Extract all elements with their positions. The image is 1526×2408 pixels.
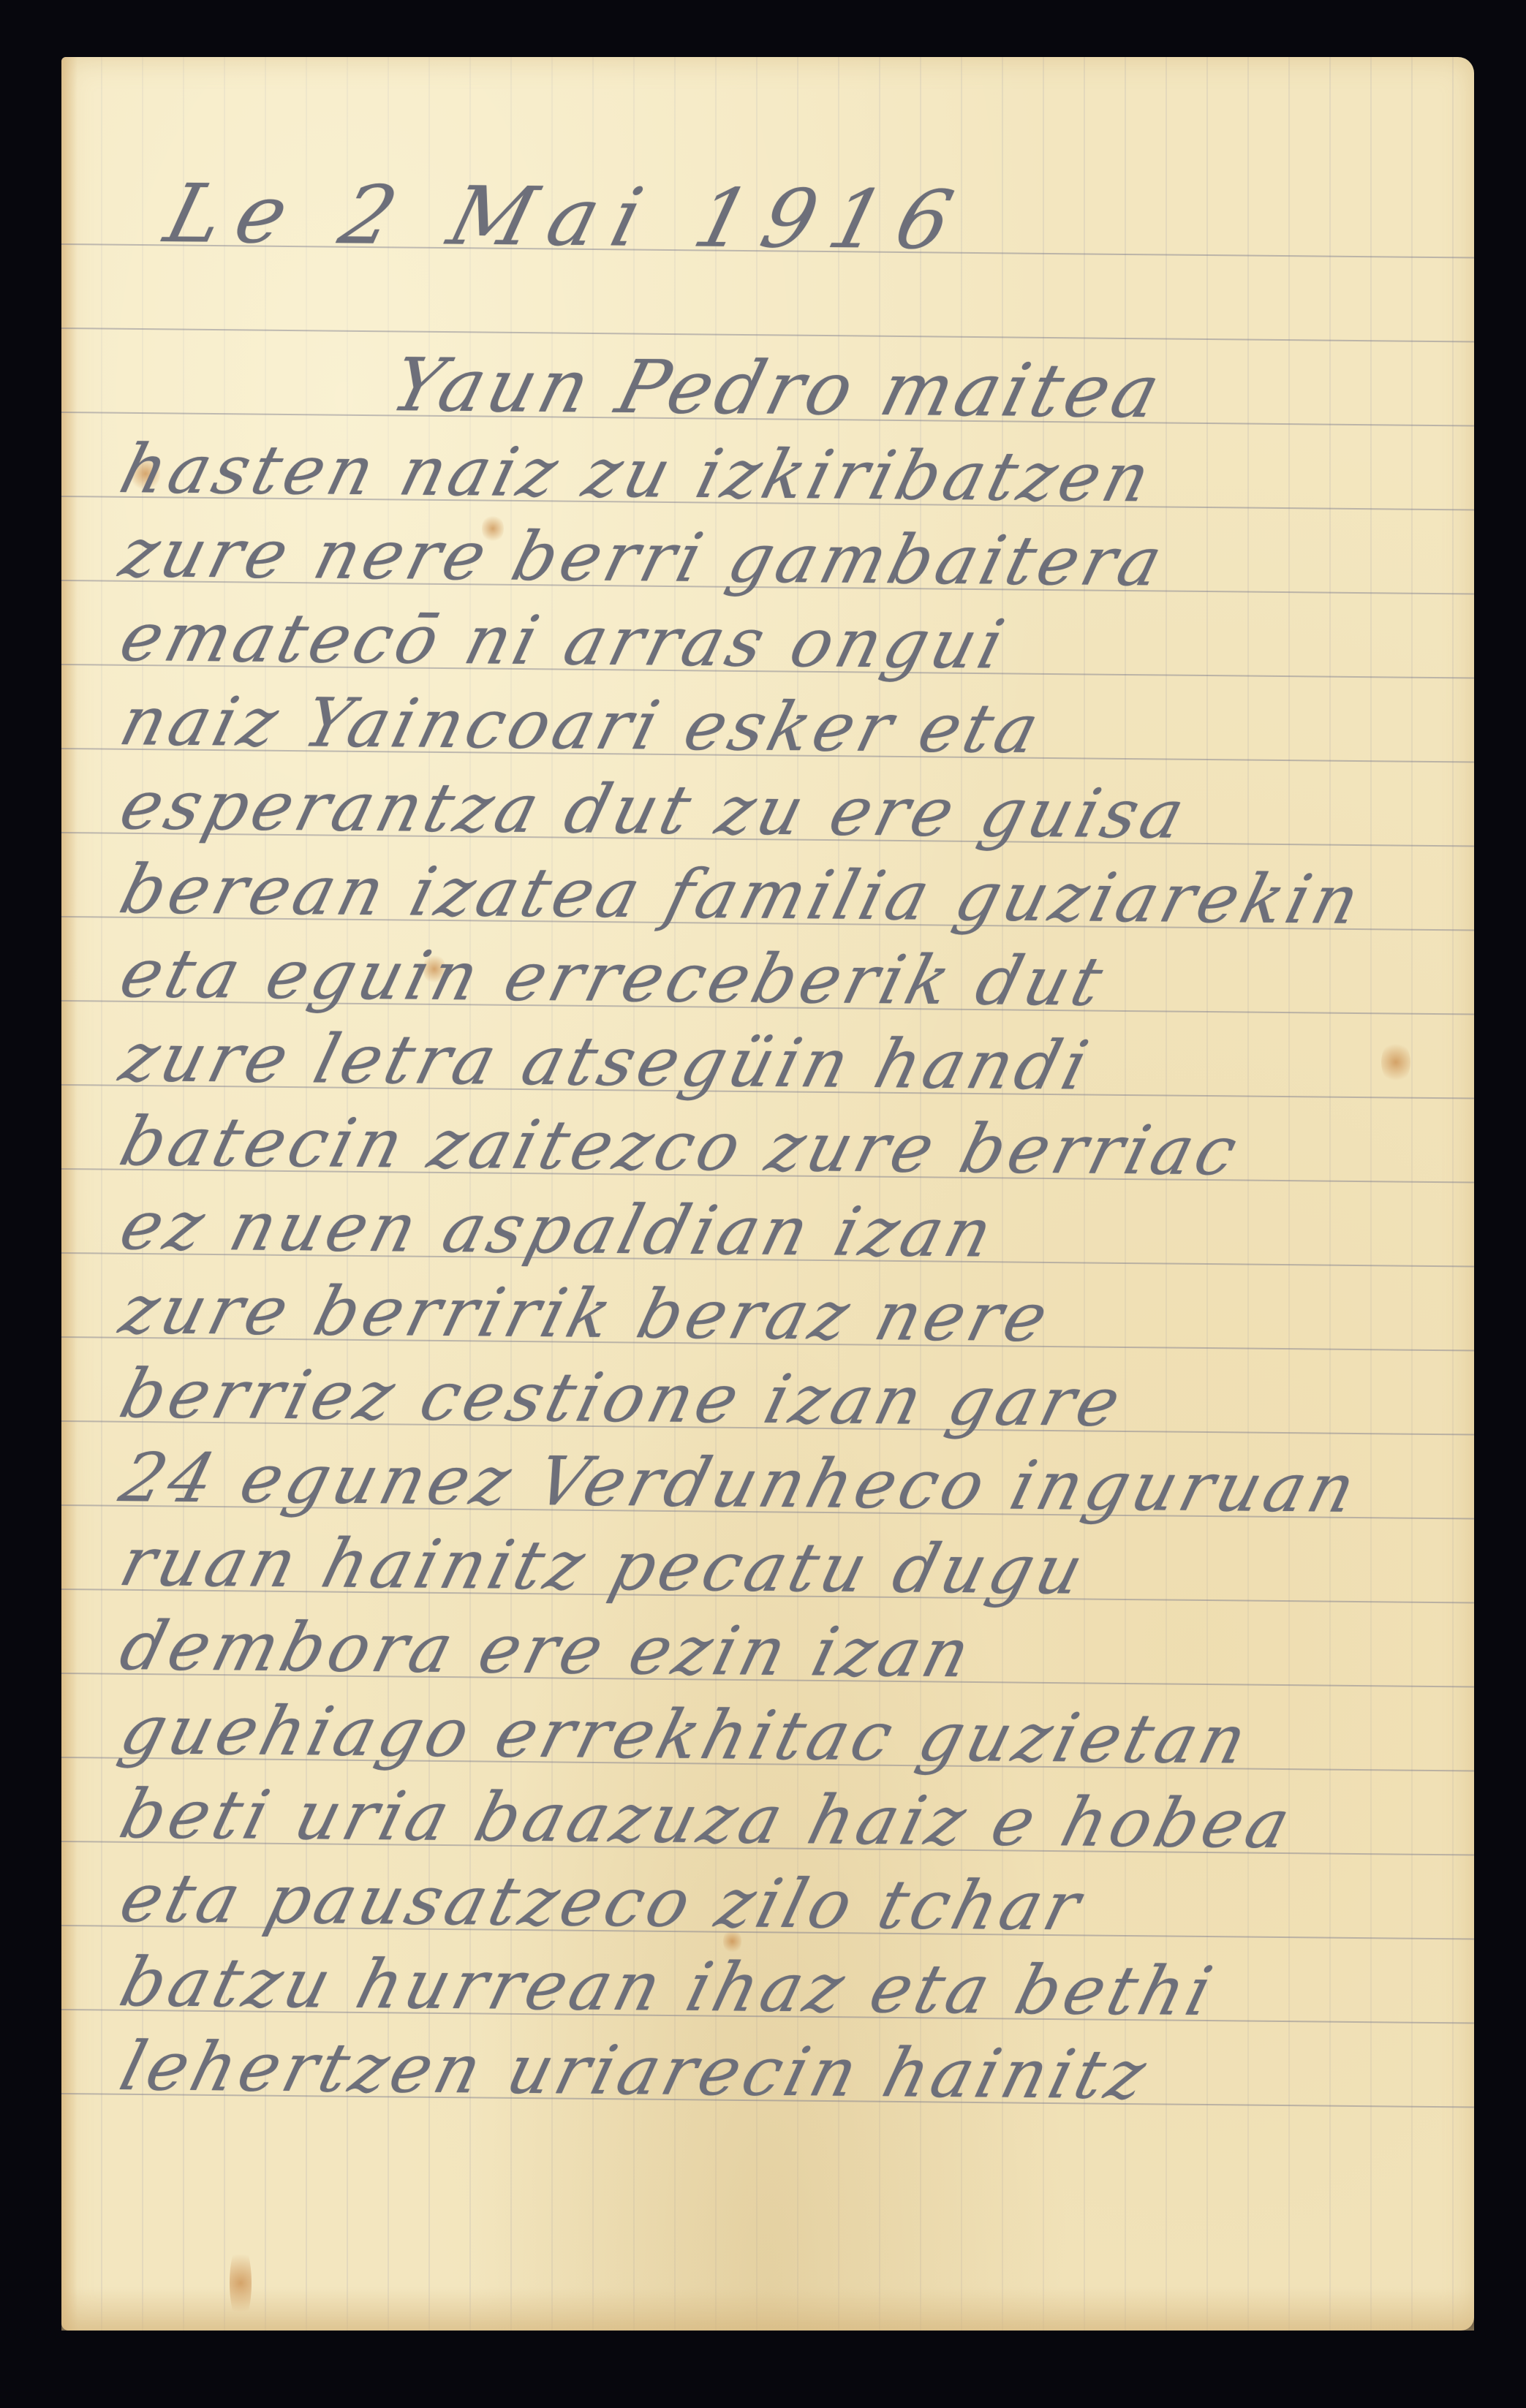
letter-line: 24 egunez Verdunheco inguruan: [113, 1439, 1367, 1528]
letter-line: berean izatea familia guziarekin: [113, 850, 1371, 939]
letter-line: eta eguin erreceberik dut: [113, 934, 1114, 1021]
letter-line: ruan hainitz pecatu dugu: [113, 1523, 1095, 1610]
letter-line: batecin zaitezco zure berriac: [113, 1102, 1249, 1190]
letter-salutation: Yaun Pedro maitea: [383, 342, 1173, 434]
letter-line: ematecō ni arras ongui: [113, 598, 1016, 684]
letter-line: ez nuen aspaldian izan: [113, 1186, 1004, 1272]
letter-line: dembora ere ezin izan: [113, 1607, 982, 1692]
letter-line: eta pausatzeco zilo tchar: [113, 1859, 1092, 1945]
letter-line: zure berririk beraz nere: [113, 1271, 1059, 1357]
letter-line: naiz Yaincoari esker eta: [113, 682, 1051, 768]
letter-body: Le 2 Mai 1916 Yaun Pedro maitea hasten n…: [61, 57, 1474, 2331]
letter-line: esperantza dut zu ere guisa: [113, 766, 1196, 854]
letter-line: berriez cestione izan gare: [113, 1355, 1133, 1442]
letter-line: lehertzen uriarecin hainitz: [113, 2027, 1157, 2114]
letter-line: zure letra atsegüin handi: [113, 1018, 1100, 1105]
letter-date: Le 2 Mai 1916: [156, 167, 978, 268]
letter-line: zure nere berri gambaitera: [113, 514, 1174, 601]
letter-line: hasten naiz zu izkiribatzen: [113, 430, 1162, 517]
letter-line: batzu hurrean ihaz eta bethi: [113, 1943, 1224, 2031]
letter-paper: Le 2 Mai 1916 Yaun Pedro maitea hasten n…: [61, 57, 1474, 2331]
letter-line: beti uria baazuza haiz e hobea: [113, 1775, 1302, 1863]
letter-line: guehiago errekhitac guzietan: [113, 1691, 1258, 1779]
